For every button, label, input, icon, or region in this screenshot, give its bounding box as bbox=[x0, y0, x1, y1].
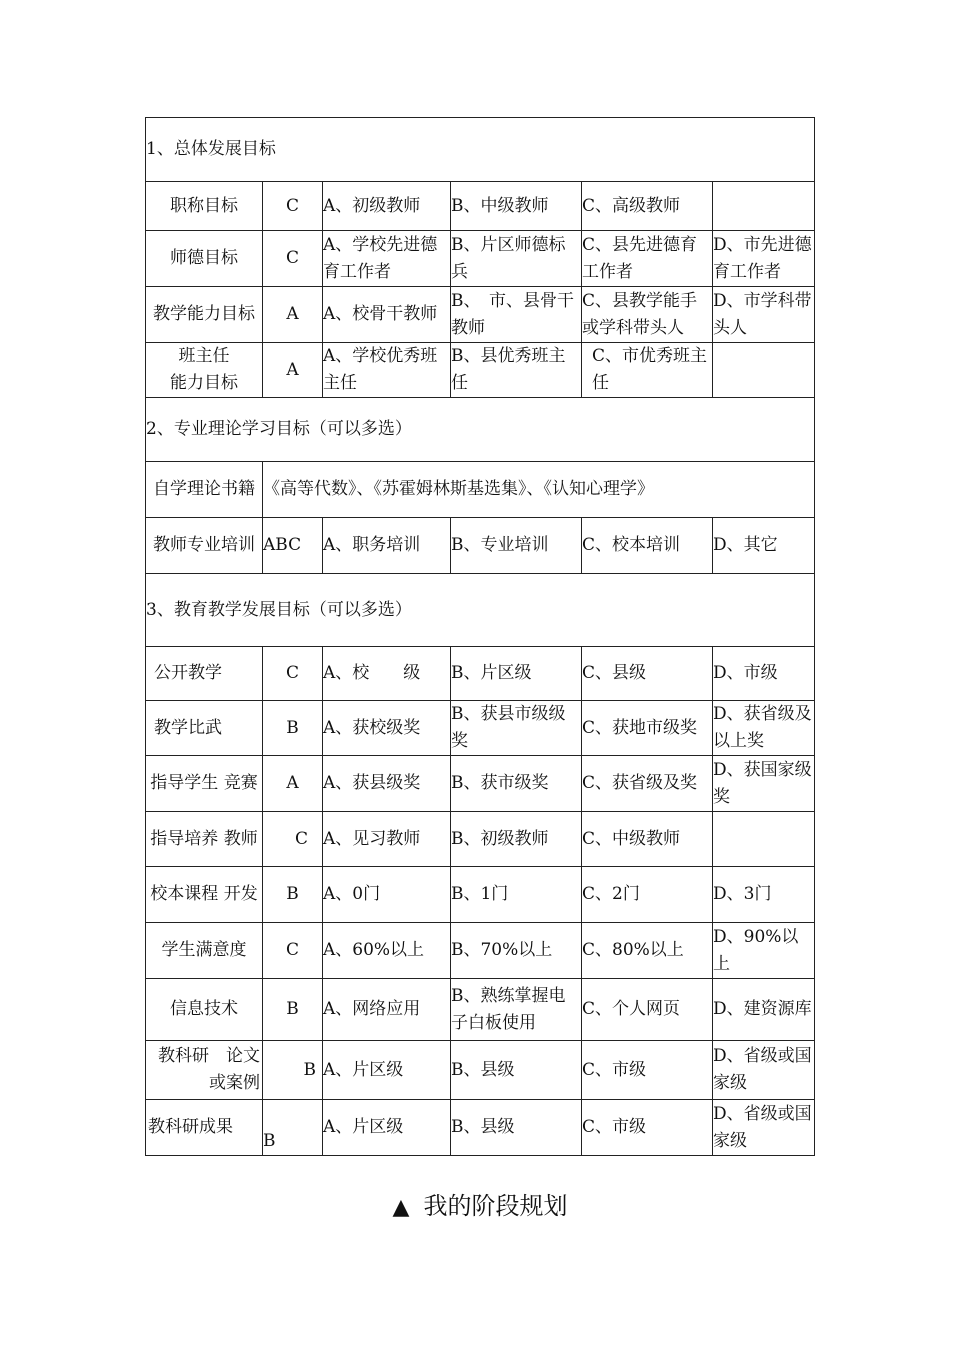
selected-choice: B bbox=[263, 1041, 323, 1100]
table-row: 教科研成果 B A、片区级 B、县级 C、市级 D、省级或国家级 bbox=[146, 1100, 815, 1156]
option-c: C、80%以上 bbox=[582, 923, 713, 979]
option-a: A、职务培训 bbox=[323, 518, 451, 574]
table-row: 信息技术 B A、网络应用 B、熟练掌握电子白板使用 C、个人网页 D、建资源库 bbox=[146, 979, 815, 1041]
option-a: A、网络应用 bbox=[323, 979, 451, 1041]
selected-choice: C bbox=[263, 182, 323, 231]
selected-choice: A bbox=[263, 287, 323, 343]
row-label: 教学比武 bbox=[146, 701, 263, 756]
option-a: A、初级教师 bbox=[323, 182, 451, 231]
option-a: A、获县级奖 bbox=[323, 756, 451, 812]
option-d: D、获国家级奖 bbox=[713, 756, 815, 812]
option-d bbox=[713, 182, 815, 231]
table-row: 教学能力目标 A A、校骨干教师 B、 市、县骨干教师 C、县教学能手或学科带头… bbox=[146, 287, 815, 343]
option-a: A、片区级 bbox=[323, 1100, 451, 1156]
option-b: B、片区师德标兵 bbox=[451, 231, 582, 287]
row-label: 班主任 能力目标 bbox=[146, 343, 263, 398]
option-c: C、县先进德育工作者 bbox=[582, 231, 713, 287]
row-label: 职称目标 bbox=[146, 182, 263, 231]
row-label: 教科研 论文或案例 bbox=[146, 1041, 263, 1100]
option-b: B、获县市级级奖 bbox=[451, 701, 582, 756]
row-label: 指导培养 教师 bbox=[146, 812, 263, 867]
table-row: 自学理论书籍 《高等代数》、《苏霍姆林斯基选集》、《认知心理学》 bbox=[146, 462, 815, 518]
table-row: 指导培养 教师 C A、见习教师 B、初级教师 C、中级教师 bbox=[146, 812, 815, 867]
option-c: C、获地市级奖 bbox=[582, 701, 713, 756]
option-b: B、县级 bbox=[451, 1041, 582, 1100]
option-c: C、2门 bbox=[582, 867, 713, 923]
option-c: C、县级 bbox=[582, 647, 713, 701]
option-d bbox=[713, 812, 815, 867]
table-row: 学生满意度 C A、60%以上 B、70%以上 C、80%以上 D、90%以上 bbox=[146, 923, 815, 979]
section-title-theory: 2、专业理论学习目标（可以多选） bbox=[146, 398, 815, 462]
option-b: B、熟练掌握电子白板使用 bbox=[451, 979, 582, 1041]
row-label: 教科研成果 bbox=[146, 1100, 263, 1156]
section-header-row: 1、总体发展目标 bbox=[146, 118, 815, 182]
table-row: 教学比武 B A、获校级奖 B、获县市级级奖 C、获地市级奖 D、获省级及以上奖 bbox=[146, 701, 815, 756]
option-c: C、市级 bbox=[582, 1041, 713, 1100]
selected-choice: B bbox=[263, 867, 323, 923]
option-a: A、片区级 bbox=[323, 1041, 451, 1100]
option-d bbox=[713, 343, 815, 398]
selected-choice: B bbox=[263, 701, 323, 756]
option-d: D、建资源库 bbox=[713, 979, 815, 1041]
option-b: B、片区级 bbox=[451, 647, 582, 701]
selected-choice: B bbox=[263, 979, 323, 1041]
row-label: 自学理论书籍 bbox=[146, 462, 263, 518]
option-b: B、初级教师 bbox=[451, 812, 582, 867]
section-header-row: 3、教育教学发展目标（可以多选） bbox=[146, 574, 815, 647]
option-d: D、省级或国家级 bbox=[713, 1041, 815, 1100]
option-d: D、3门 bbox=[713, 867, 815, 923]
row-label: 指导学生 竞赛 bbox=[146, 756, 263, 812]
option-a: A、学校先进德育工作者 bbox=[323, 231, 451, 287]
option-a: A、学校优秀班主任 bbox=[323, 343, 451, 398]
option-b: B、 市、县骨干教师 bbox=[451, 287, 582, 343]
row-label: 信息技术 bbox=[146, 979, 263, 1041]
option-a: A、0门 bbox=[323, 867, 451, 923]
section-header-row: 2、专业理论学习目标（可以多选） bbox=[146, 398, 815, 462]
selected-choice: C bbox=[263, 812, 323, 867]
row-label: 校本课程 开发 bbox=[146, 867, 263, 923]
selected-choice: C bbox=[263, 923, 323, 979]
option-c: C、市优秀班主任 bbox=[582, 343, 713, 398]
option-b: B、县优秀班主任 bbox=[451, 343, 582, 398]
table-row: 校本课程 开发 B A、0门 B、1门 C、2门 D、3门 bbox=[146, 867, 815, 923]
row-label-line2: 能力目标 bbox=[148, 370, 260, 397]
option-b: B、中级教师 bbox=[451, 182, 582, 231]
option-c: C、个人网页 bbox=[582, 979, 713, 1041]
option-b: B、1门 bbox=[451, 867, 582, 923]
option-a: A、获校级奖 bbox=[323, 701, 451, 756]
selected-choice: A bbox=[263, 343, 323, 398]
triangle-icon: ▲ bbox=[393, 1195, 410, 1220]
option-b: B、专业培训 bbox=[451, 518, 582, 574]
option-d: D、其它 bbox=[713, 518, 815, 574]
selected-choice: C bbox=[263, 647, 323, 701]
row-label: 学生满意度 bbox=[146, 923, 263, 979]
option-c: C、校本培训 bbox=[582, 518, 713, 574]
table-row: 教科研 论文或案例 B A、片区级 B、县级 C、市级 D、省级或国家级 bbox=[146, 1041, 815, 1100]
option-c: C、获省级及奖 bbox=[582, 756, 713, 812]
option-b: B、县级 bbox=[451, 1100, 582, 1156]
option-d: D、市学科带头人 bbox=[713, 287, 815, 343]
selected-choice: ABC bbox=[263, 518, 323, 574]
option-b: B、70%以上 bbox=[451, 923, 582, 979]
option-a: A、校 级 bbox=[323, 647, 451, 701]
table-row: 班主任 能力目标 A A、学校优秀班主任 B、县优秀班主任 C、市优秀班主任 bbox=[146, 343, 815, 398]
option-a: A、见习教师 bbox=[323, 812, 451, 867]
table-row: 指导学生 竞赛 A A、获县级奖 B、获市级奖 C、获省级及奖 D、获国家级奖 bbox=[146, 756, 815, 812]
option-a: A、校骨干教师 bbox=[323, 287, 451, 343]
option-d: D、获省级及以上奖 bbox=[713, 701, 815, 756]
section-title-teaching: 3、教育教学发展目标（可以多选） bbox=[146, 574, 815, 647]
option-c: C、县教学能手或学科带头人 bbox=[582, 287, 713, 343]
table-row: 教师专业培训 ABC A、职务培训 B、专业培训 C、校本培训 D、其它 bbox=[146, 518, 815, 574]
option-d: D、市先进德育工作者 bbox=[713, 231, 815, 287]
option-b: B、获市级奖 bbox=[451, 756, 582, 812]
book-list: 《高等代数》、《苏霍姆林斯基选集》、《认知心理学》 bbox=[263, 462, 815, 518]
option-a: A、60%以上 bbox=[323, 923, 451, 979]
option-d: D、省级或国家级 bbox=[713, 1100, 815, 1156]
option-d: D、市级 bbox=[713, 647, 815, 701]
selected-choice: B bbox=[263, 1100, 323, 1156]
option-c: C、市级 bbox=[582, 1100, 713, 1156]
row-label: 教师专业培训 bbox=[146, 518, 263, 574]
option-c: C、中级教师 bbox=[582, 812, 713, 867]
selected-choice: C bbox=[263, 231, 323, 287]
option-c: C、高级教师 bbox=[582, 182, 713, 231]
stage-plan-heading: ▲我的阶段规划 bbox=[0, 1186, 960, 1221]
row-label: 教学能力目标 bbox=[146, 287, 263, 343]
row-label-line1: 班主任 bbox=[148, 343, 260, 370]
selected-choice: A bbox=[263, 756, 323, 812]
table-row: 职称目标 C A、初级教师 B、中级教师 C、高级教师 bbox=[146, 182, 815, 231]
row-label: 公开教学 bbox=[146, 647, 263, 701]
table-row: 公开教学 C A、校 级 B、片区级 C、县级 D、市级 bbox=[146, 647, 815, 701]
section-title-overall: 1、总体发展目标 bbox=[146, 118, 815, 182]
stage-plan-title: 我的阶段规划 bbox=[423, 1192, 567, 1220]
row-label: 师德目标 bbox=[146, 231, 263, 287]
table-row: 师德目标 C A、学校先进德育工作者 B、片区师德标兵 C、县先进德育工作者 D… bbox=[146, 231, 815, 287]
option-d: D、90%以上 bbox=[713, 923, 815, 979]
development-goals-table: 1、总体发展目标 职称目标 C A、初级教师 B、中级教师 C、高级教师 师德目… bbox=[145, 117, 815, 1156]
